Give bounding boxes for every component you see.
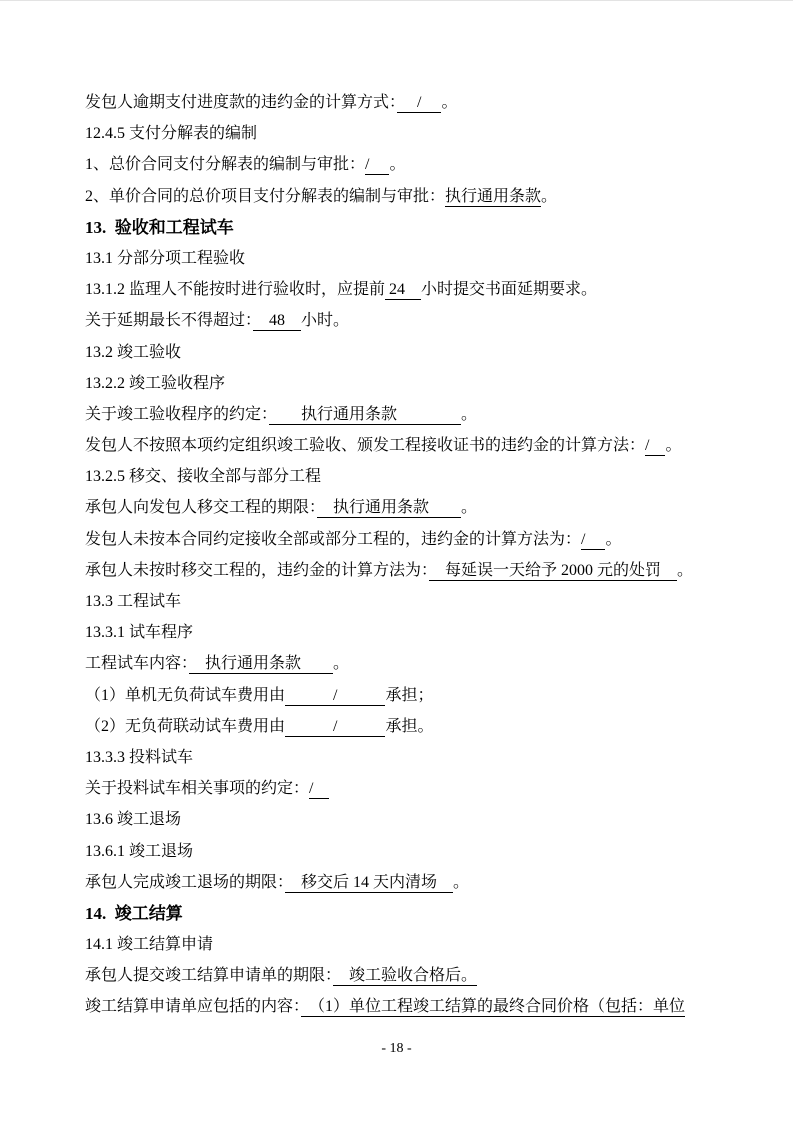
filled-blank: / [397, 94, 441, 113]
text-run: 。 [541, 188, 557, 205]
document-line: 2、单价合同的总价项目支付分解表的编制与审批：执行通用条款。 [85, 181, 725, 212]
filled-blank: 每延误一天给予 2000 元的处罚 [429, 562, 677, 581]
text-run: 承包人完成竣工退场的期限： [85, 874, 285, 891]
text-run: 。 [677, 562, 693, 579]
filled-blank: / [285, 687, 385, 706]
filled-blank: 48 [253, 312, 301, 331]
text-run: 。 [441, 94, 457, 111]
document-line: 发包人逾期支付进度款的违约金的计算方式： / 。 [85, 87, 725, 118]
text-run: 小时提交书面延期要求。 [421, 281, 597, 298]
page-number: - 18 - [0, 1039, 793, 1059]
text-run: 。 [461, 499, 477, 516]
section-heading: 14. 竣工结算 [85, 898, 725, 929]
text-run: 12.4.5 支付分解表的编制 [85, 125, 257, 142]
text-run: 13.3.1 试车程序 [85, 624, 193, 641]
text-run: 竣工结算申请单应包括的内容： [85, 998, 301, 1015]
text-run: 关于延期最长不得超过： [85, 312, 253, 329]
section-heading: 13. 验收和工程试车 [85, 212, 725, 243]
filled-blank: / [645, 437, 665, 456]
text-run: 14.1 竣工结算申请 [85, 936, 213, 953]
document-line: 13.1 分部分项工程验收 [85, 243, 725, 274]
document-line: 发包人不按照本项约定组织竣工验收、颁发工程接收证书的违约金的计算方法：/ 。 [85, 430, 725, 461]
text-run: 关于竣工验收程序的约定： [85, 406, 269, 423]
text-run: 。 [605, 531, 621, 548]
document-line: 承包人提交竣工结算申请单的期限： 竣工验收合格后。 [85, 960, 725, 991]
text-run: 承担； [385, 687, 433, 704]
document-line: （1）单机无负荷试车费用由 / 承担； [85, 680, 725, 711]
document-line: 12.4.5 支付分解表的编制 [85, 118, 725, 149]
text-run: 发包人未按本合同约定接收全部或部分工程的，违约金的计算方法为： [85, 531, 581, 548]
document-line: 关于竣工验收程序的约定： 执行通用条款 。 [85, 399, 725, 430]
text-run: 承包人向发包人移交工程的期限： [85, 499, 317, 516]
text-run: 13.2.5 移交、接收全部与部分工程 [85, 468, 321, 485]
text-run: 13.2 竣工验收 [85, 344, 181, 361]
document-line: 13.3.3 投料试车 [85, 742, 725, 773]
text-run: 13.1 分部分项工程验收 [85, 250, 245, 267]
filled-blank: / [309, 780, 329, 799]
document-line: 承包人向发包人移交工程的期限： 执行通用条款 。 [85, 492, 725, 523]
document-line: 竣工结算申请单应包括的内容： （1）单位工程竣工结算的最终合同价格（包括：单位 [85, 991, 725, 1022]
text-run: 13.6.1 竣工退场 [85, 843, 193, 860]
contract-document-page: 发包人逾期支付进度款的违约金的计算方式： / 。12.4.5 支付分解表的编制1… [0, 0, 793, 1123]
document-line: 13.2.5 移交、接收全部与部分工程 [85, 461, 725, 492]
text-run: 关于投料试车相关事项的约定： [85, 780, 309, 797]
document-line: 13.3 工程试车 [85, 586, 725, 617]
text-run: 。 [461, 406, 477, 423]
text-run: 。 [333, 655, 349, 672]
text-run: 13.1.2 监理人不能按时进行验收时，应提前 [85, 281, 385, 298]
document-line: （2）无负荷联动试车费用由 / 承担。 [85, 711, 725, 742]
text-run: 14. 竣工结算 [85, 904, 183, 923]
filled-blank: 执行通用条款 [189, 655, 333, 674]
document-line: 关于投料试车相关事项的约定：/ [85, 773, 725, 804]
document-line: 13.2.2 竣工验收程序 [85, 368, 725, 399]
text-run: 1、总价合同支付分解表的编制与审批： [85, 156, 365, 173]
document-line: 13.6.1 竣工退场 [85, 836, 725, 867]
filled-blank: / [581, 531, 605, 550]
text-run: 承担。 [385, 718, 433, 735]
filled-blank: 竣工验收合格后。 [333, 967, 477, 986]
document-line: 14.1 竣工结算申请 [85, 929, 725, 960]
document-line: 13.6 竣工退场 [85, 804, 725, 835]
document-line: 关于延期最长不得超过： 48 小时。 [85, 305, 725, 336]
text-run: 发包人逾期支付进度款的违约金的计算方式： [85, 94, 397, 111]
filled-blank: （1）单位工程竣工结算的最终合同价格（包括：单位 [301, 998, 685, 1017]
text-run: 。 [665, 437, 681, 454]
filled-blank: / [365, 156, 389, 175]
text-run: （1）单机无负荷试车费用由 [85, 687, 285, 704]
text-run: 13.2.2 竣工验收程序 [85, 375, 225, 392]
filled-blank: 执行通用条款 [269, 406, 461, 425]
document-line: 发包人未按本合同约定接收全部或部分工程的，违约金的计算方法为：/ 。 [85, 524, 725, 555]
filled-blank: 移交后 14 天内清场 [285, 874, 453, 893]
text-run: 13. 验收和工程试车 [85, 218, 234, 237]
filled-blank: 执行通用条款 [317, 499, 461, 518]
document-line: 13.3.1 试车程序 [85, 617, 725, 648]
document-line: 13.2 竣工验收 [85, 337, 725, 368]
document-line: 承包人未按时移交工程的，违约金的计算方法为： 每延误一天给予 2000 元的处罚… [85, 555, 725, 586]
text-run: 。 [453, 874, 469, 891]
document-body: 发包人逾期支付进度款的违约金的计算方式： / 。12.4.5 支付分解表的编制1… [85, 87, 725, 1023]
text-run: 工程试车内容： [85, 655, 189, 672]
text-run: 承包人提交竣工结算申请单的期限： [85, 967, 333, 984]
text-run: 。 [389, 156, 405, 173]
text-run: （2）无负荷联动试车费用由 [85, 718, 285, 735]
document-line: 13.1.2 监理人不能按时进行验收时，应提前 24 小时提交书面延期要求。 [85, 274, 725, 305]
text-run: 2、单价合同的总价项目支付分解表的编制与审批： [85, 188, 445, 205]
document-line: 工程试车内容： 执行通用条款 。 [85, 648, 725, 679]
text-run: 13.3.3 投料试车 [85, 749, 193, 766]
document-line: 承包人完成竣工退场的期限： 移交后 14 天内清场 。 [85, 867, 725, 898]
document-line: 1、总价合同支付分解表的编制与审批：/ 。 [85, 149, 725, 180]
filled-blank: / [285, 718, 385, 737]
filled-blank: 执行通用条款 [445, 188, 541, 207]
text-run: 发包人不按照本项约定组织竣工验收、颁发工程接收证书的违约金的计算方法： [85, 437, 645, 454]
text-run: 小时。 [301, 312, 349, 329]
text-run: 13.6 竣工退场 [85, 811, 181, 828]
filled-blank: 24 [385, 281, 421, 300]
text-run: 承包人未按时移交工程的，违约金的计算方法为： [85, 562, 429, 579]
text-run: 13.3 工程试车 [85, 593, 181, 610]
